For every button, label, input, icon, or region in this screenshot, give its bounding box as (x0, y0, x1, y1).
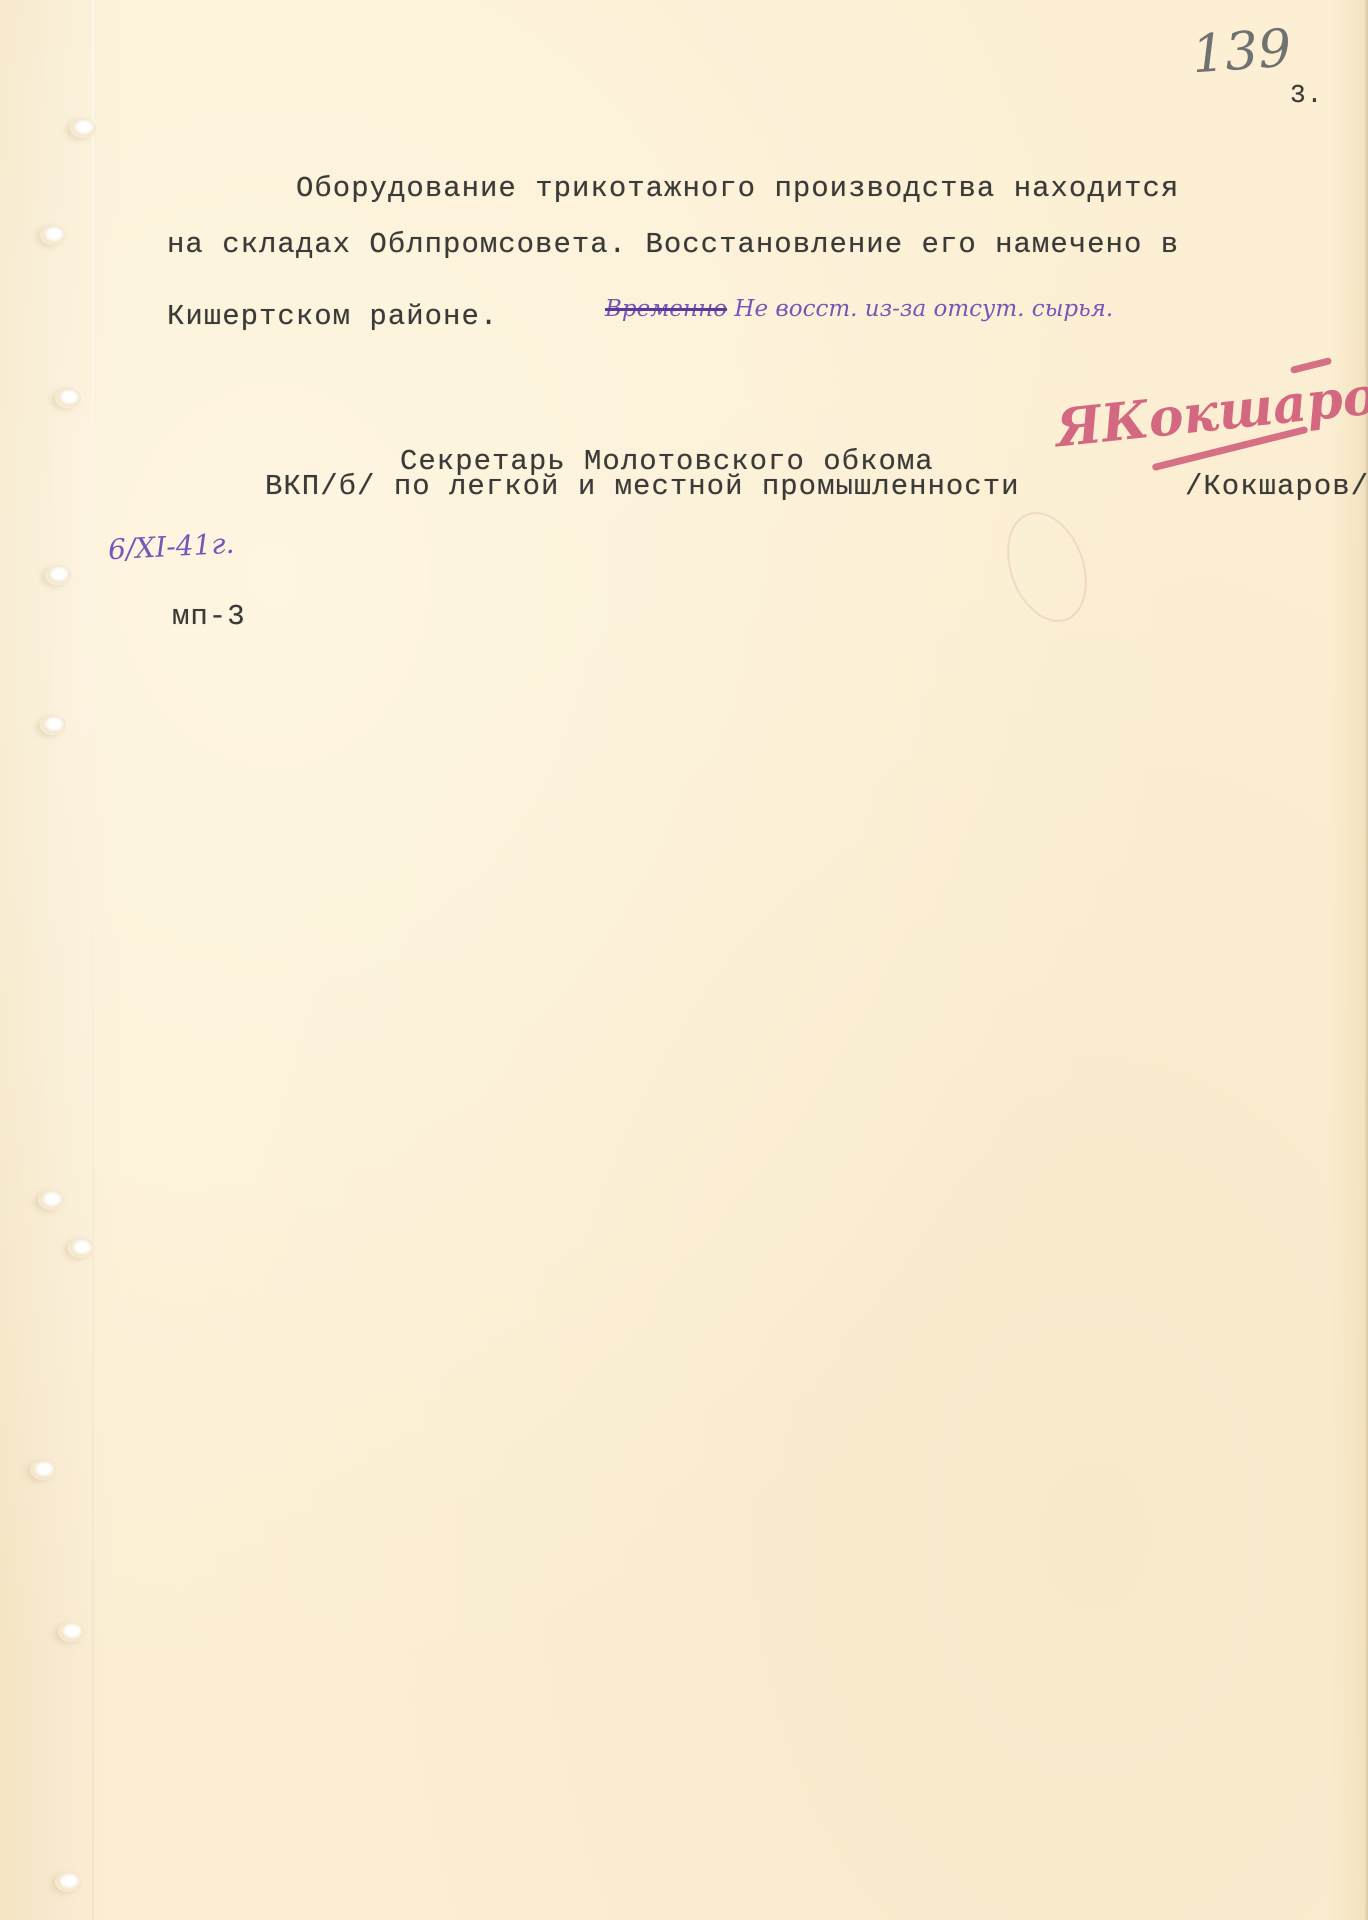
archive-sheet-number: 139 (1190, 19, 1293, 86)
punch-hole (55, 1872, 81, 1892)
body-line-1: Оборудование трикотажного производства н… (296, 172, 1179, 205)
punch-hole (68, 1238, 94, 1258)
struck-word: Временно (605, 296, 727, 322)
body-line-3: Кишертском районе. (167, 300, 498, 333)
page-number: 3. (1290, 80, 1323, 110)
binding-fold-line (92, 0, 94, 1920)
typist-code: мп-3 (172, 600, 246, 633)
faint-pencil-mark (993, 501, 1102, 633)
body-line-2: на складах Облпромсовета. Восстановление… (167, 228, 1179, 261)
punch-hole (58, 1622, 84, 1642)
punch-hole (45, 565, 71, 585)
punch-hole (70, 118, 96, 138)
punch-hole (38, 1190, 64, 1210)
paper-edge (1364, 0, 1368, 1920)
punch-hole (55, 388, 81, 408)
date-note: 6/XI-41г. (107, 527, 235, 567)
document-page: 139 3. Оборудование трикотажного произво… (0, 0, 1368, 1920)
handwritten-signature: ЯКокшаров (1053, 362, 1368, 460)
handwritten-note: Временно Не восст. из-за отсут. сырья. (605, 296, 1113, 322)
punch-hole (40, 715, 66, 735)
signature-title-line-2: ВКП/б/ по легкой и местной промышленност… (265, 470, 1020, 503)
signatory-name: /Кокшаров/ (1185, 470, 1368, 503)
punch-hole (30, 1460, 56, 1480)
punch-hole (40, 225, 66, 245)
note-text: Не восст. из-за отсут. сырья. (734, 296, 1113, 322)
